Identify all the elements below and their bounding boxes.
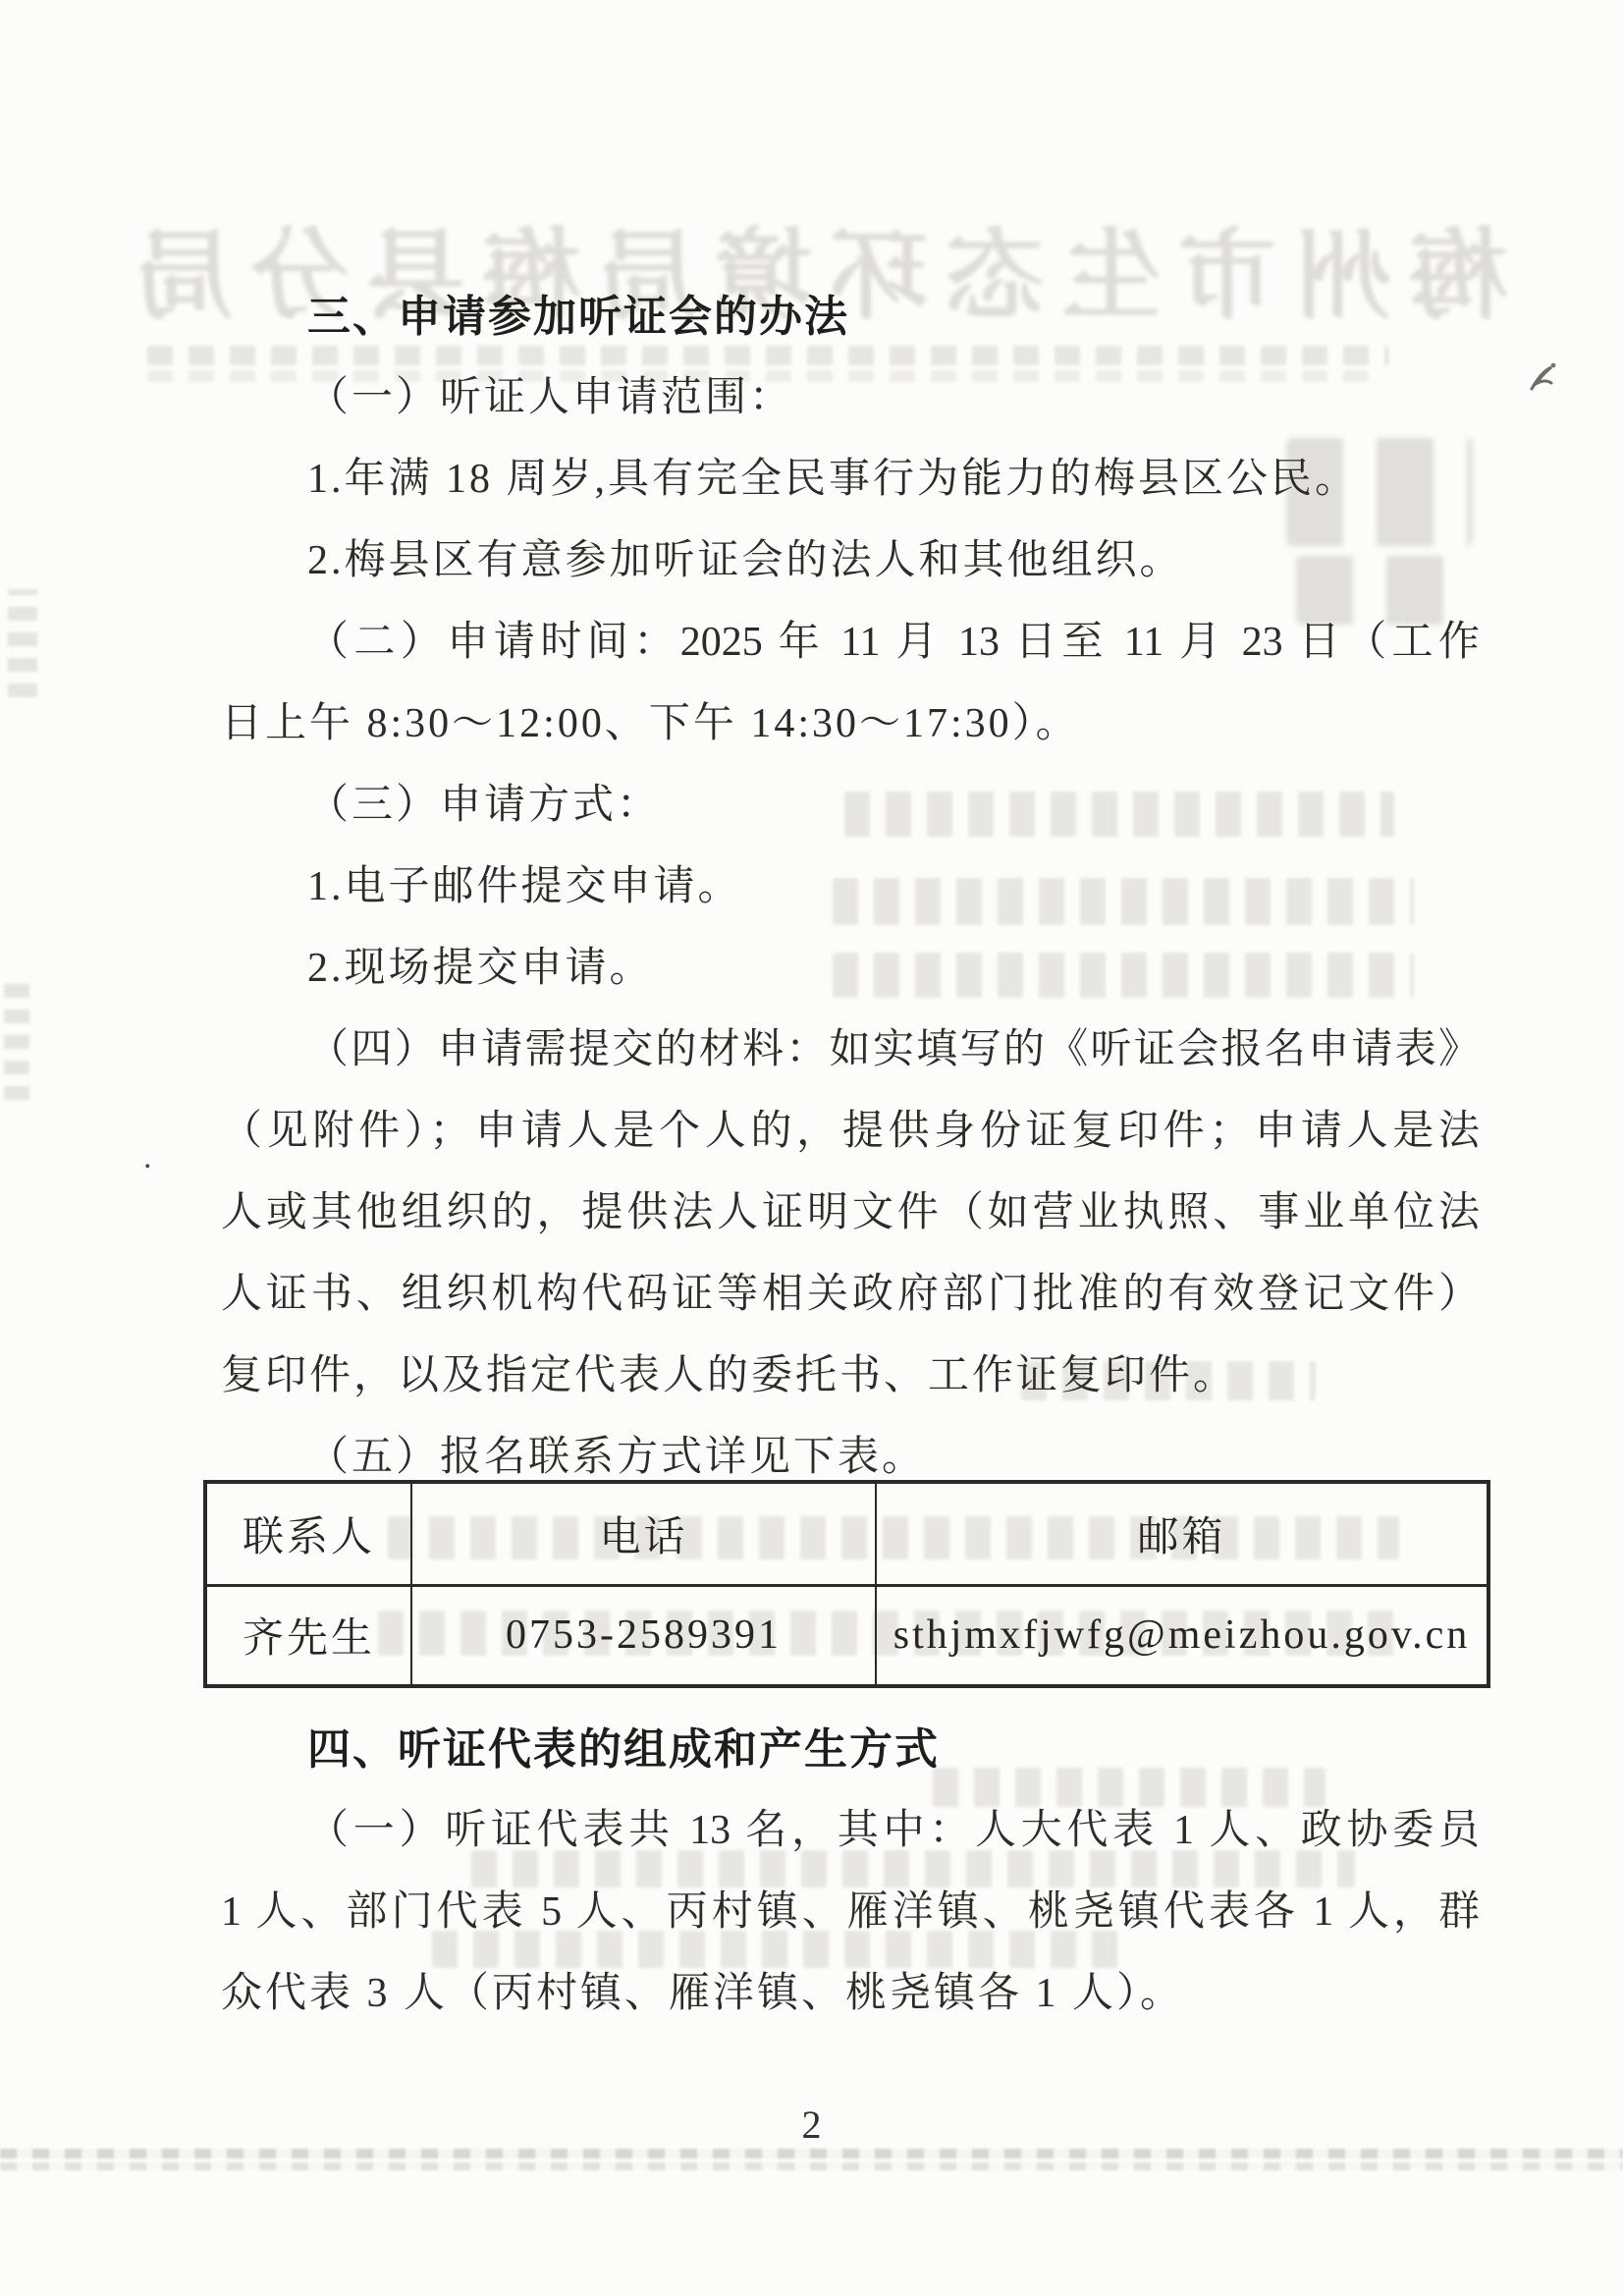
doc-line: （四）申请需提交的材料：如实填写的《听证会报名申请表》 xyxy=(221,1010,1480,1091)
doc-line: 1 人、部门代表 5 人、丙村镇、雁洋镇、桃尧镇代表各 1 人，群 xyxy=(221,1872,1480,1953)
scan-smudge-line xyxy=(0,2149,1623,2159)
doc-line: （见附件）；申请人是个人的，提供身份证复印件；申请人是法 xyxy=(221,1091,1480,1173)
doc-line: 1.年满 18 周岁,具有完全民事行为能力的梅县区公民。 xyxy=(221,439,1480,520)
bleedthrough-edge-marks xyxy=(4,972,29,1100)
scanned-document-page: 梅州市生态环境局梅县分局 . 三、申请参加听证会的办法（一）听证人申请范围：1.… xyxy=(0,0,1623,2296)
contact-email-cell: sthjmxfjwfg@meizhou.gov.cn xyxy=(876,1585,1488,1686)
doc-line: 人证书、组织机构代码证等相关政府部门批准的有效登记文件） xyxy=(221,1254,1480,1336)
bleedthrough-edge-marks xyxy=(8,589,37,697)
contact-name-cell: 齐先生 xyxy=(205,1585,411,1686)
doc-line: （一）听证人申请范围： xyxy=(221,357,1480,439)
table-header-cell: 电话 xyxy=(411,1482,876,1585)
scan-smudge-line xyxy=(0,2162,1623,2170)
pen-mark xyxy=(1522,354,1565,403)
doc-line: 1.电子邮件提交申请。 xyxy=(221,847,1480,928)
section-three-block: 三、申请参加听证会的办法（一）听证人申请范围：1.年满 18 周岁,具有完全民事… xyxy=(221,276,1480,1499)
doc-line: 2.现场提交申请。 xyxy=(221,928,1480,1010)
table-header-cell: 联系人 xyxy=(205,1482,411,1585)
stray-ink-dot: . xyxy=(143,1141,152,1175)
doc-line: （三）申请方式： xyxy=(221,765,1480,847)
table-header-cell: 邮箱 xyxy=(876,1482,1488,1585)
section-heading: 三、申请参加听证会的办法 xyxy=(221,276,1480,357)
doc-line: 日上午 8:30～12:00、下午 14:30～17:30）。 xyxy=(221,683,1480,765)
doc-line: （二）申请时间：2025 年 11 月 13 日至 11 月 23 日（工作 xyxy=(221,602,1480,683)
doc-line: 人或其他组织的，提供法人证明文件（如营业执照、事业单位法 xyxy=(221,1173,1480,1254)
contact-phone-cell: 0753-2589391 xyxy=(411,1585,876,1686)
doc-line: 2.梅县区有意参加听证会的法人和其他组织。 xyxy=(221,520,1480,602)
contact-table: 联系人电话邮箱齐先生0753-2589391sthjmxfjwfg@meizho… xyxy=(203,1480,1490,1688)
doc-line: 复印件，以及指定代表人的委托书、工作证复印件。 xyxy=(221,1336,1480,1417)
doc-line: 众代表 3 人（丙村镇、雁洋镇、桃尧镇各 1 人）。 xyxy=(221,1953,1480,2035)
table-header-row: 联系人电话邮箱 xyxy=(205,1482,1488,1585)
section-heading: 四、听证代表的组成和产生方式 xyxy=(221,1709,1480,1790)
table-row: 齐先生0753-2589391sthjmxfjwfg@meizhou.gov.c… xyxy=(205,1585,1488,1686)
page-number: 2 xyxy=(0,2102,1623,2149)
section-four-block: 四、听证代表的组成和产生方式（一）听证代表共 13 名，其中：人大代表 1 人、… xyxy=(221,1709,1480,2035)
doc-line: （一）听证代表共 13 名，其中：人大代表 1 人、政协委员 xyxy=(221,1790,1480,1872)
